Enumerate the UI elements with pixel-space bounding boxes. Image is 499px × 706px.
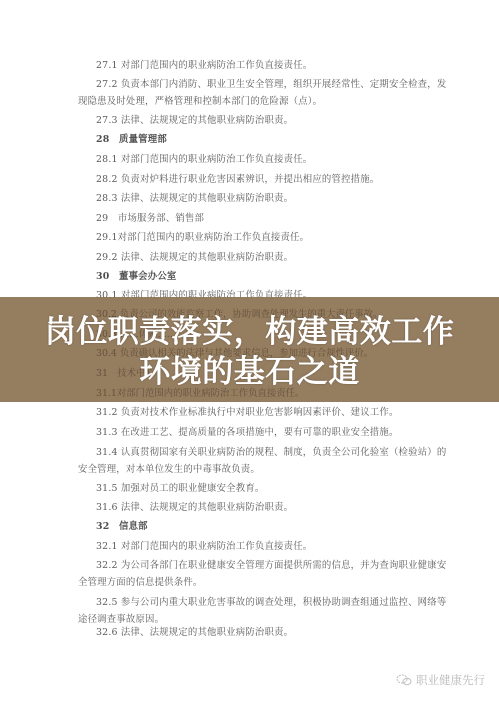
watermark: 职业健康先行 [396,672,485,688]
document-line: 31.3 在改进工艺、提高质量的各项措施中，要有可靠的职业安全措施。 [96,427,399,439]
document-line: 29.2 法律、法规规定的其他职业病防治职责。 [96,252,293,264]
document-line: 27.2 负责本部门内消防、职业卫生安全管理，组织开展经常性、定期安全检查，发 [96,79,446,91]
document-line: 29 市场服务部、销售部 [96,213,204,225]
document-line: 现隐患及时处理，严格管理和控制本部门的危险源（点）。 [78,96,322,108]
document-line: 32.6 法律、法规规定的其他职业病防治职责。 [96,627,293,639]
watermark-text: 职业健康先行 [416,672,485,688]
document-line: 28.2 负责对炉料进行职业危害因素辨识，并提出相应的管控措施。 [96,174,379,186]
document-line: 28.1 对部门范围内的职业病防治工作负直接责任。 [96,154,312,166]
banner-title-line-2: 环境的基石之道 [0,354,499,390]
document-line: 途径调查事故原因。 [78,614,164,626]
document-line: 安全管理，对本单位发生的中毒事故负责。 [78,464,260,476]
document-line: 27.1 对部门范围内的职业病防治工作负直接责任。 [96,60,312,72]
section-heading: 28 质量管理部 [96,134,167,146]
document-line: 27.3 法律、法规规定的其他职业病防治职责。 [96,115,293,127]
document-line: 31.2 负责对技术作业标准执行中对职业危害影响因素评价、建议工作。 [96,407,399,419]
section-heading: 30 董事会办公室 [96,271,176,283]
document-line: 32.2 为公司各部门在职业健康安全管理方面提供所需的信息，并为查询职业健康安 [96,560,446,572]
banner-title-line-1: 岗位职责落实，构建高效工作 [0,314,499,350]
document-line: 31.6 法律、法规规定的其他职业病防治职责。 [96,502,293,514]
document-page: 27.1 对部门范围内的职业病防治工作负直接责任。27.2 负责本部门内消防、职… [0,0,499,706]
section-heading: 32 信息部 [96,521,148,533]
document-line: 29.1对部门范围内的职业病防治工作负直接责任。 [96,232,309,244]
document-line: 28.3 法律、法规规定的其他职业病防治职责。 [96,193,293,205]
document-line: 31.5 加强对员工的职业健康安全教育。 [96,483,264,495]
document-line: 全管理方面的信息提供条件。 [78,577,202,589]
document-line: 32.5 参与公司内重大职业危害事故的调查处理，积极协助调查组通过监控、网络等 [96,597,446,609]
document-line: 31.4 认真贯彻国家有关职业病防治的规程、制度，负责全公司化验室（检验站）的 [96,447,446,459]
document-line: 32.1 对部门范围内的职业病防治工作负直接责任。 [96,541,312,553]
wechat-account-icon [396,674,412,686]
